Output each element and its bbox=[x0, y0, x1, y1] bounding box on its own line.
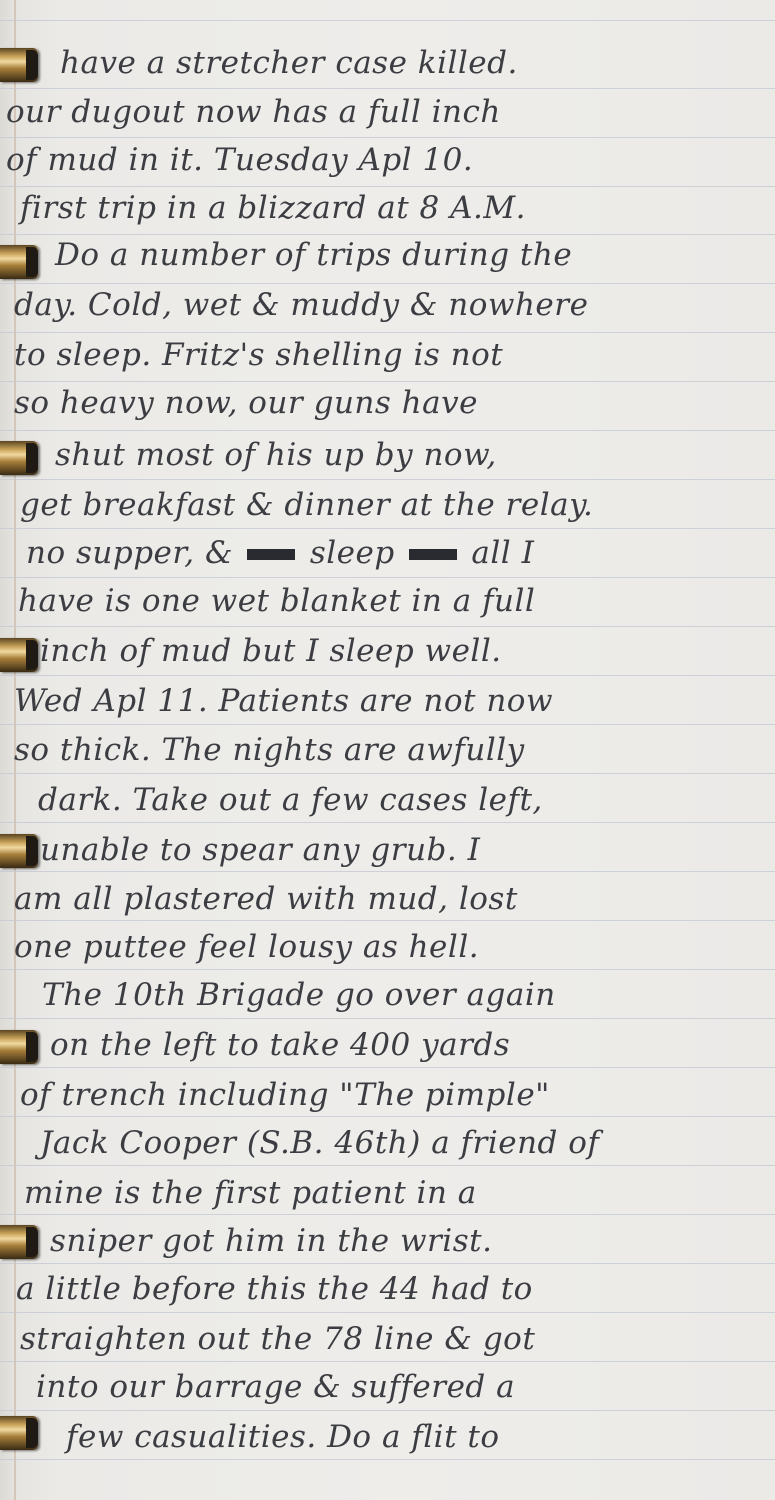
text-line-27: straighten out the 78 line & got bbox=[0, 1324, 775, 1355]
text-line-6: day. Cold, wet & muddy & nowhere bbox=[0, 290, 775, 321]
text-line-2: our dugout now has a full inch bbox=[0, 97, 775, 128]
text-line-5: Do a number of trips during the bbox=[0, 240, 775, 271]
text-line-11-start: no supper, & bbox=[26, 535, 233, 571]
text-line-4: first trip in a blizzard at 8 A.M. bbox=[0, 193, 775, 224]
handwritten-text: have a stretcher case killed. our dugout… bbox=[0, 0, 775, 1500]
text-line-8: so heavy now, our guns have bbox=[0, 388, 775, 419]
redaction-mark bbox=[247, 549, 295, 560]
text-line-10: get breakfast & dinner at the relay. bbox=[0, 490, 775, 521]
text-line-7: to sleep. Fritz's shelling is not bbox=[0, 340, 775, 371]
notebook-page: have a stretcher case killed. our dugout… bbox=[0, 0, 775, 1500]
text-line-14: Wed Apl 11. Patients are not now bbox=[0, 686, 775, 717]
text-line-15: so thick. The nights are awfully bbox=[0, 735, 775, 766]
text-line-11-end: all I bbox=[471, 535, 534, 571]
text-line-11-middle: sleep bbox=[310, 535, 395, 571]
text-line-26: a little before this the 44 had to bbox=[0, 1274, 775, 1305]
text-line-29: few casualities. Do a flit to bbox=[0, 1422, 775, 1453]
text-line-16: dark. Take out a few cases left, bbox=[0, 785, 775, 816]
text-line-22: of trench including "The pimple" bbox=[0, 1080, 775, 1111]
redaction-mark bbox=[409, 549, 457, 560]
text-line-18: am all plastered with mud, lost bbox=[0, 884, 775, 915]
text-line-13: inch of mud but I sleep well. bbox=[0, 636, 775, 667]
text-line-9: shut most of his up by now, bbox=[0, 440, 775, 471]
text-line-28: into our barrage & suffered a bbox=[0, 1372, 775, 1403]
text-line-19: one puttee feel lousy as hell. bbox=[0, 932, 775, 963]
text-line-23: Jack Cooper (S.B. 46th) a friend of bbox=[0, 1128, 775, 1159]
text-line-24: mine is the first patient in a bbox=[0, 1178, 775, 1209]
text-line-20: The 10th Brigade go over again bbox=[0, 980, 775, 1011]
text-line-21: on the left to take 400 yards bbox=[0, 1030, 775, 1061]
text-line-17: unable to spear any grub. I bbox=[0, 835, 775, 866]
text-line-3: of mud in it. Tuesday Apl 10. bbox=[0, 145, 775, 176]
text-line-1: have a stretcher case killed. bbox=[0, 48, 775, 79]
text-line-11: no supper, & sleep all I bbox=[0, 538, 775, 569]
text-line-25: sniper got him in the wrist. bbox=[0, 1226, 775, 1257]
text-line-12: have is one wet blanket in a full bbox=[0, 586, 775, 617]
